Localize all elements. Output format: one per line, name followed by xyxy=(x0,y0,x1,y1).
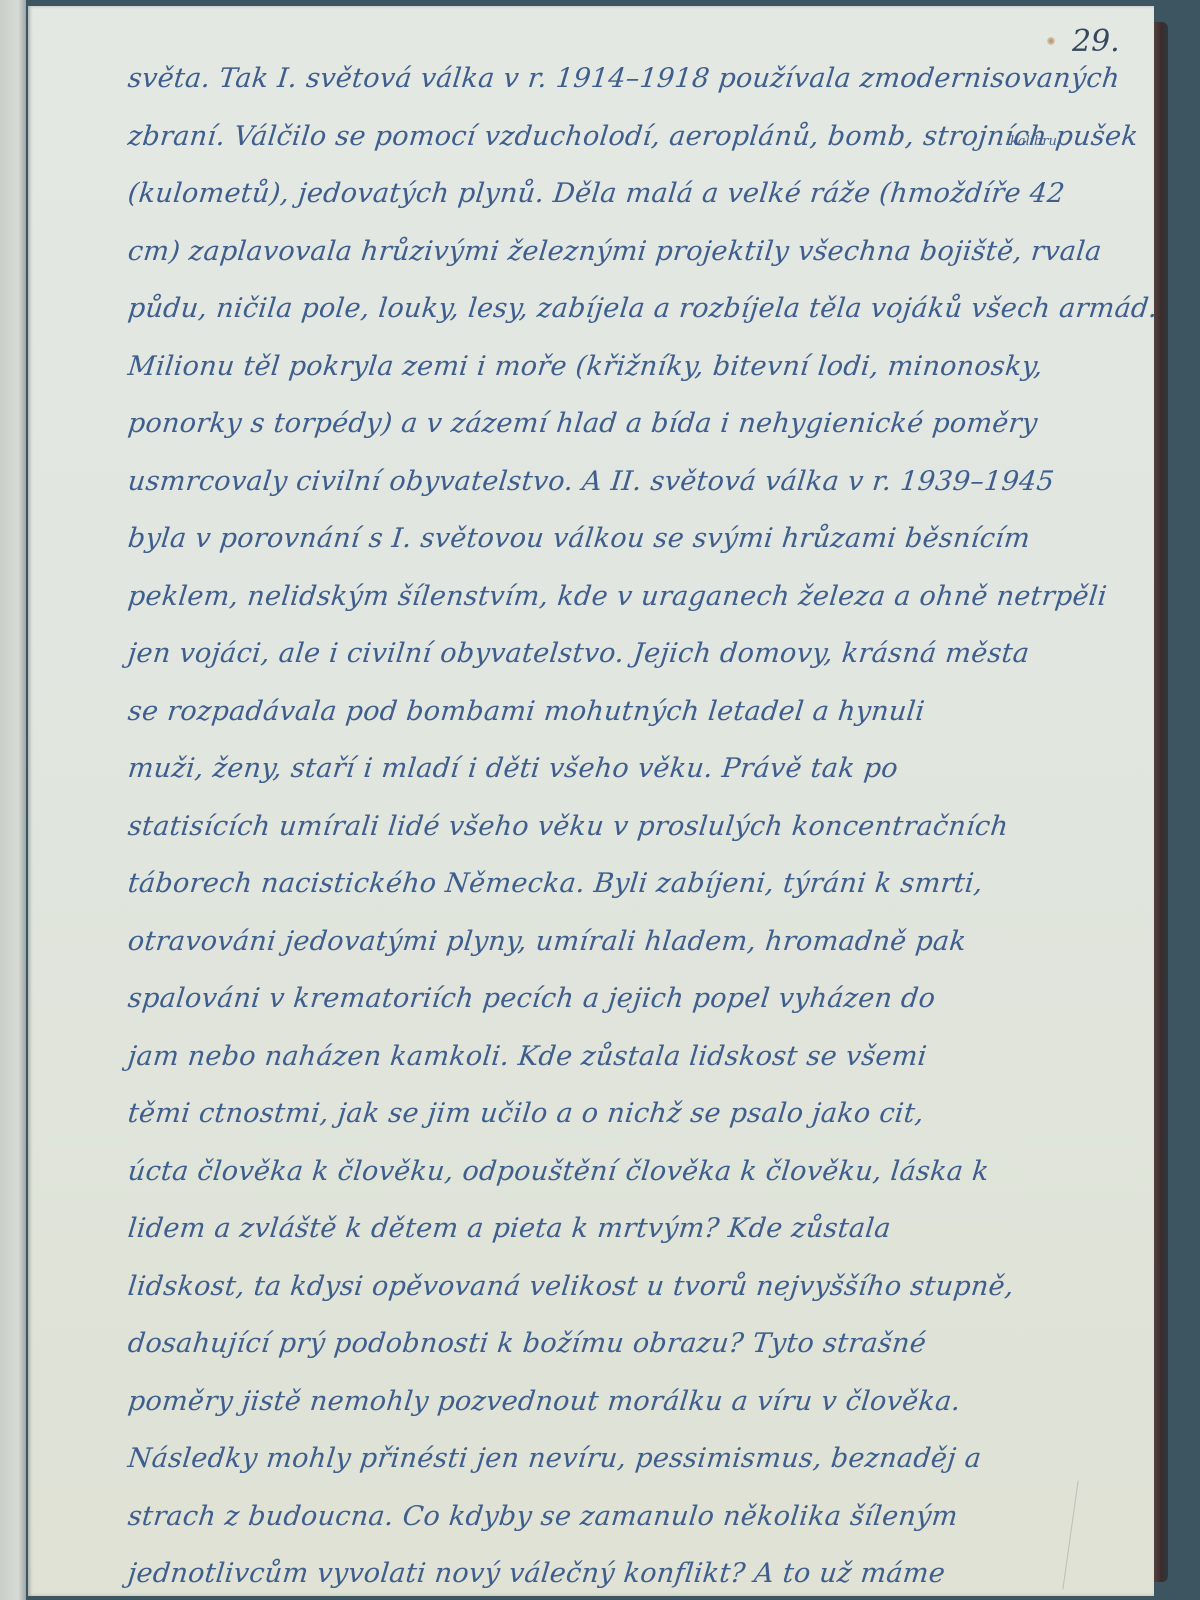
text-line: jednotlivcům vyvolati nový válečný konfl… xyxy=(125,1545,1051,1600)
text-line: lidem a zvláště k dětem a pieta k mrtvým… xyxy=(125,1200,1051,1258)
page-number: 29. xyxy=(1072,24,1120,59)
text-line: půdu, ničila pole, louky, lesy, zabíjela… xyxy=(125,280,1051,338)
text-line: se rozpadávala pod bombami mohutných let… xyxy=(125,683,1051,741)
text-line: byla v porovnání s I. světovou válkou se… xyxy=(125,510,1051,568)
text-line: Následky mohly přinésti jen nevíru, pess… xyxy=(125,1430,1051,1488)
text-line: dosahující prý podobnosti k božímu obraz… xyxy=(125,1315,1051,1373)
text-line: Milionu těl pokryla zemi i moře (křižník… xyxy=(125,338,1051,396)
text-line: spalováni v krematoriích pecích a jejich… xyxy=(125,970,1051,1028)
left-page-edge xyxy=(0,0,26,1600)
text-line: úcta člověka k člověku, odpouštění člově… xyxy=(125,1143,1051,1201)
text-line: těmi ctnostmi, jak se jim učilo a o nich… xyxy=(125,1085,1051,1143)
text-line: jen vojáci, ale i civilní obyvatelstvo. … xyxy=(125,625,1051,683)
text-line: ponorky s torpédy) a v zázemí hlad a bíd… xyxy=(125,395,1051,453)
text-line: (kulometů), jedovatých plynů. Děla malá … xyxy=(125,165,1051,223)
book-binding xyxy=(1152,22,1168,1582)
text-line: jam nebo naházen kamkoli. Kde zůstala li… xyxy=(125,1028,1051,1086)
text-line: strach z budoucna. Co kdyby se zamanulo … xyxy=(125,1488,1051,1546)
text-line: lidskost, ta kdysi opěvovaná velikost u … xyxy=(125,1258,1051,1316)
text-line: cm) zaplavovala hrůzivými železnými proj… xyxy=(125,223,1051,281)
text-line: poměry jistě nemohly pozvednout morálku … xyxy=(125,1373,1051,1431)
text-line: muži, ženy, staří i mladí i děti všeho v… xyxy=(125,740,1051,798)
text-line: otravováni jedovatými plyny, umírali hla… xyxy=(125,913,1051,971)
text-line: táborech nacistického Německa. Byli zabí… xyxy=(125,855,1051,913)
handwritten-text-block: světa. Tak I. světová válka v r. 1914–19… xyxy=(128,50,1048,1600)
text-line: světa. Tak I. světová válka v r. 1914–19… xyxy=(125,50,1051,108)
text-line: zbraní. Válčilo se pomocí vzducholodí, a… xyxy=(125,108,1051,166)
text-line: usmrcovaly civilní obyvatelstvo. A II. s… xyxy=(125,453,1051,511)
text-line: peklem, nelidským šílenstvím, kde v urag… xyxy=(125,568,1051,626)
text-line: statisících umírali lidé všeho věku v pr… xyxy=(125,798,1051,856)
stain-spot xyxy=(1047,37,1055,45)
